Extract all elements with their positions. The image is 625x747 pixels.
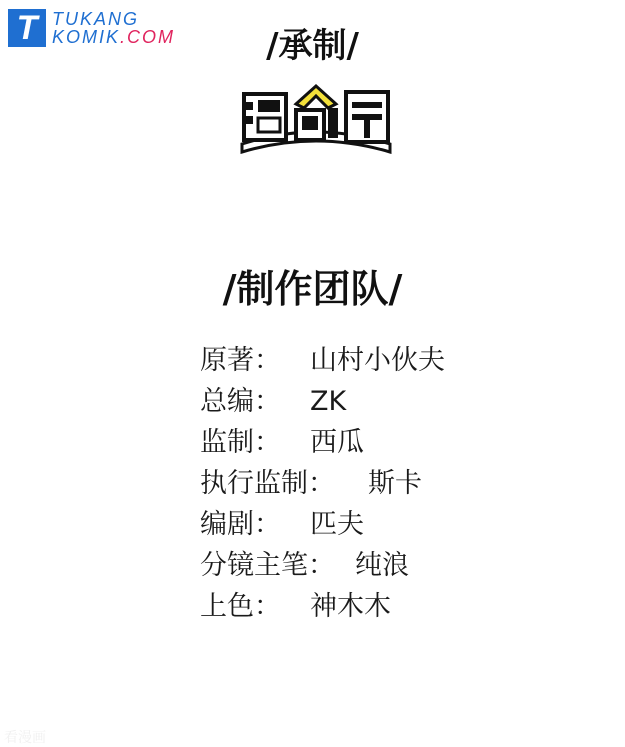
credit-row: 监制： 西瓜 [200, 422, 445, 463]
credit-name: 神木木 [310, 586, 391, 627]
credits-list: 原著： 山村小伙夫 总编： ZK 监制： 西瓜 执行监制： 斯卡 编剧： 匹夫 … [200, 340, 445, 627]
credit-role: 编剧： [200, 504, 310, 545]
credit-role: 执行监制： [200, 463, 368, 504]
credit-row: 总编： ZK [200, 381, 445, 422]
watermark: 看漫画 [4, 727, 46, 747]
credit-row: 原著： 山村小伙夫 [200, 340, 445, 381]
credit-name: 山村小伙夫 [310, 340, 445, 381]
credit-row: 上色： 神木木 [200, 586, 445, 627]
team-heading: /制作团队/ [0, 258, 625, 313]
studio-logo-icon [238, 82, 394, 154]
credit-name: 纯浪 [355, 545, 409, 586]
producer-heading: /承制/ [0, 18, 625, 67]
credit-role: 原著： [200, 340, 310, 381]
credit-role: 分镜主笔： [200, 545, 355, 586]
credit-role: 上色： [200, 586, 310, 627]
credit-name: 匹夫 [310, 504, 364, 545]
credit-role: 总编： [200, 381, 310, 422]
credit-name: 西瓜 [310, 422, 364, 463]
credit-row: 编剧： 匹夫 [200, 504, 445, 545]
credit-role: 监制： [200, 422, 310, 463]
credit-name: 斯卡 [368, 463, 422, 504]
credit-row: 执行监制： 斯卡 [200, 463, 445, 504]
credit-row: 分镜主笔： 纯浪 [200, 545, 445, 586]
credit-name: ZK [310, 381, 346, 422]
